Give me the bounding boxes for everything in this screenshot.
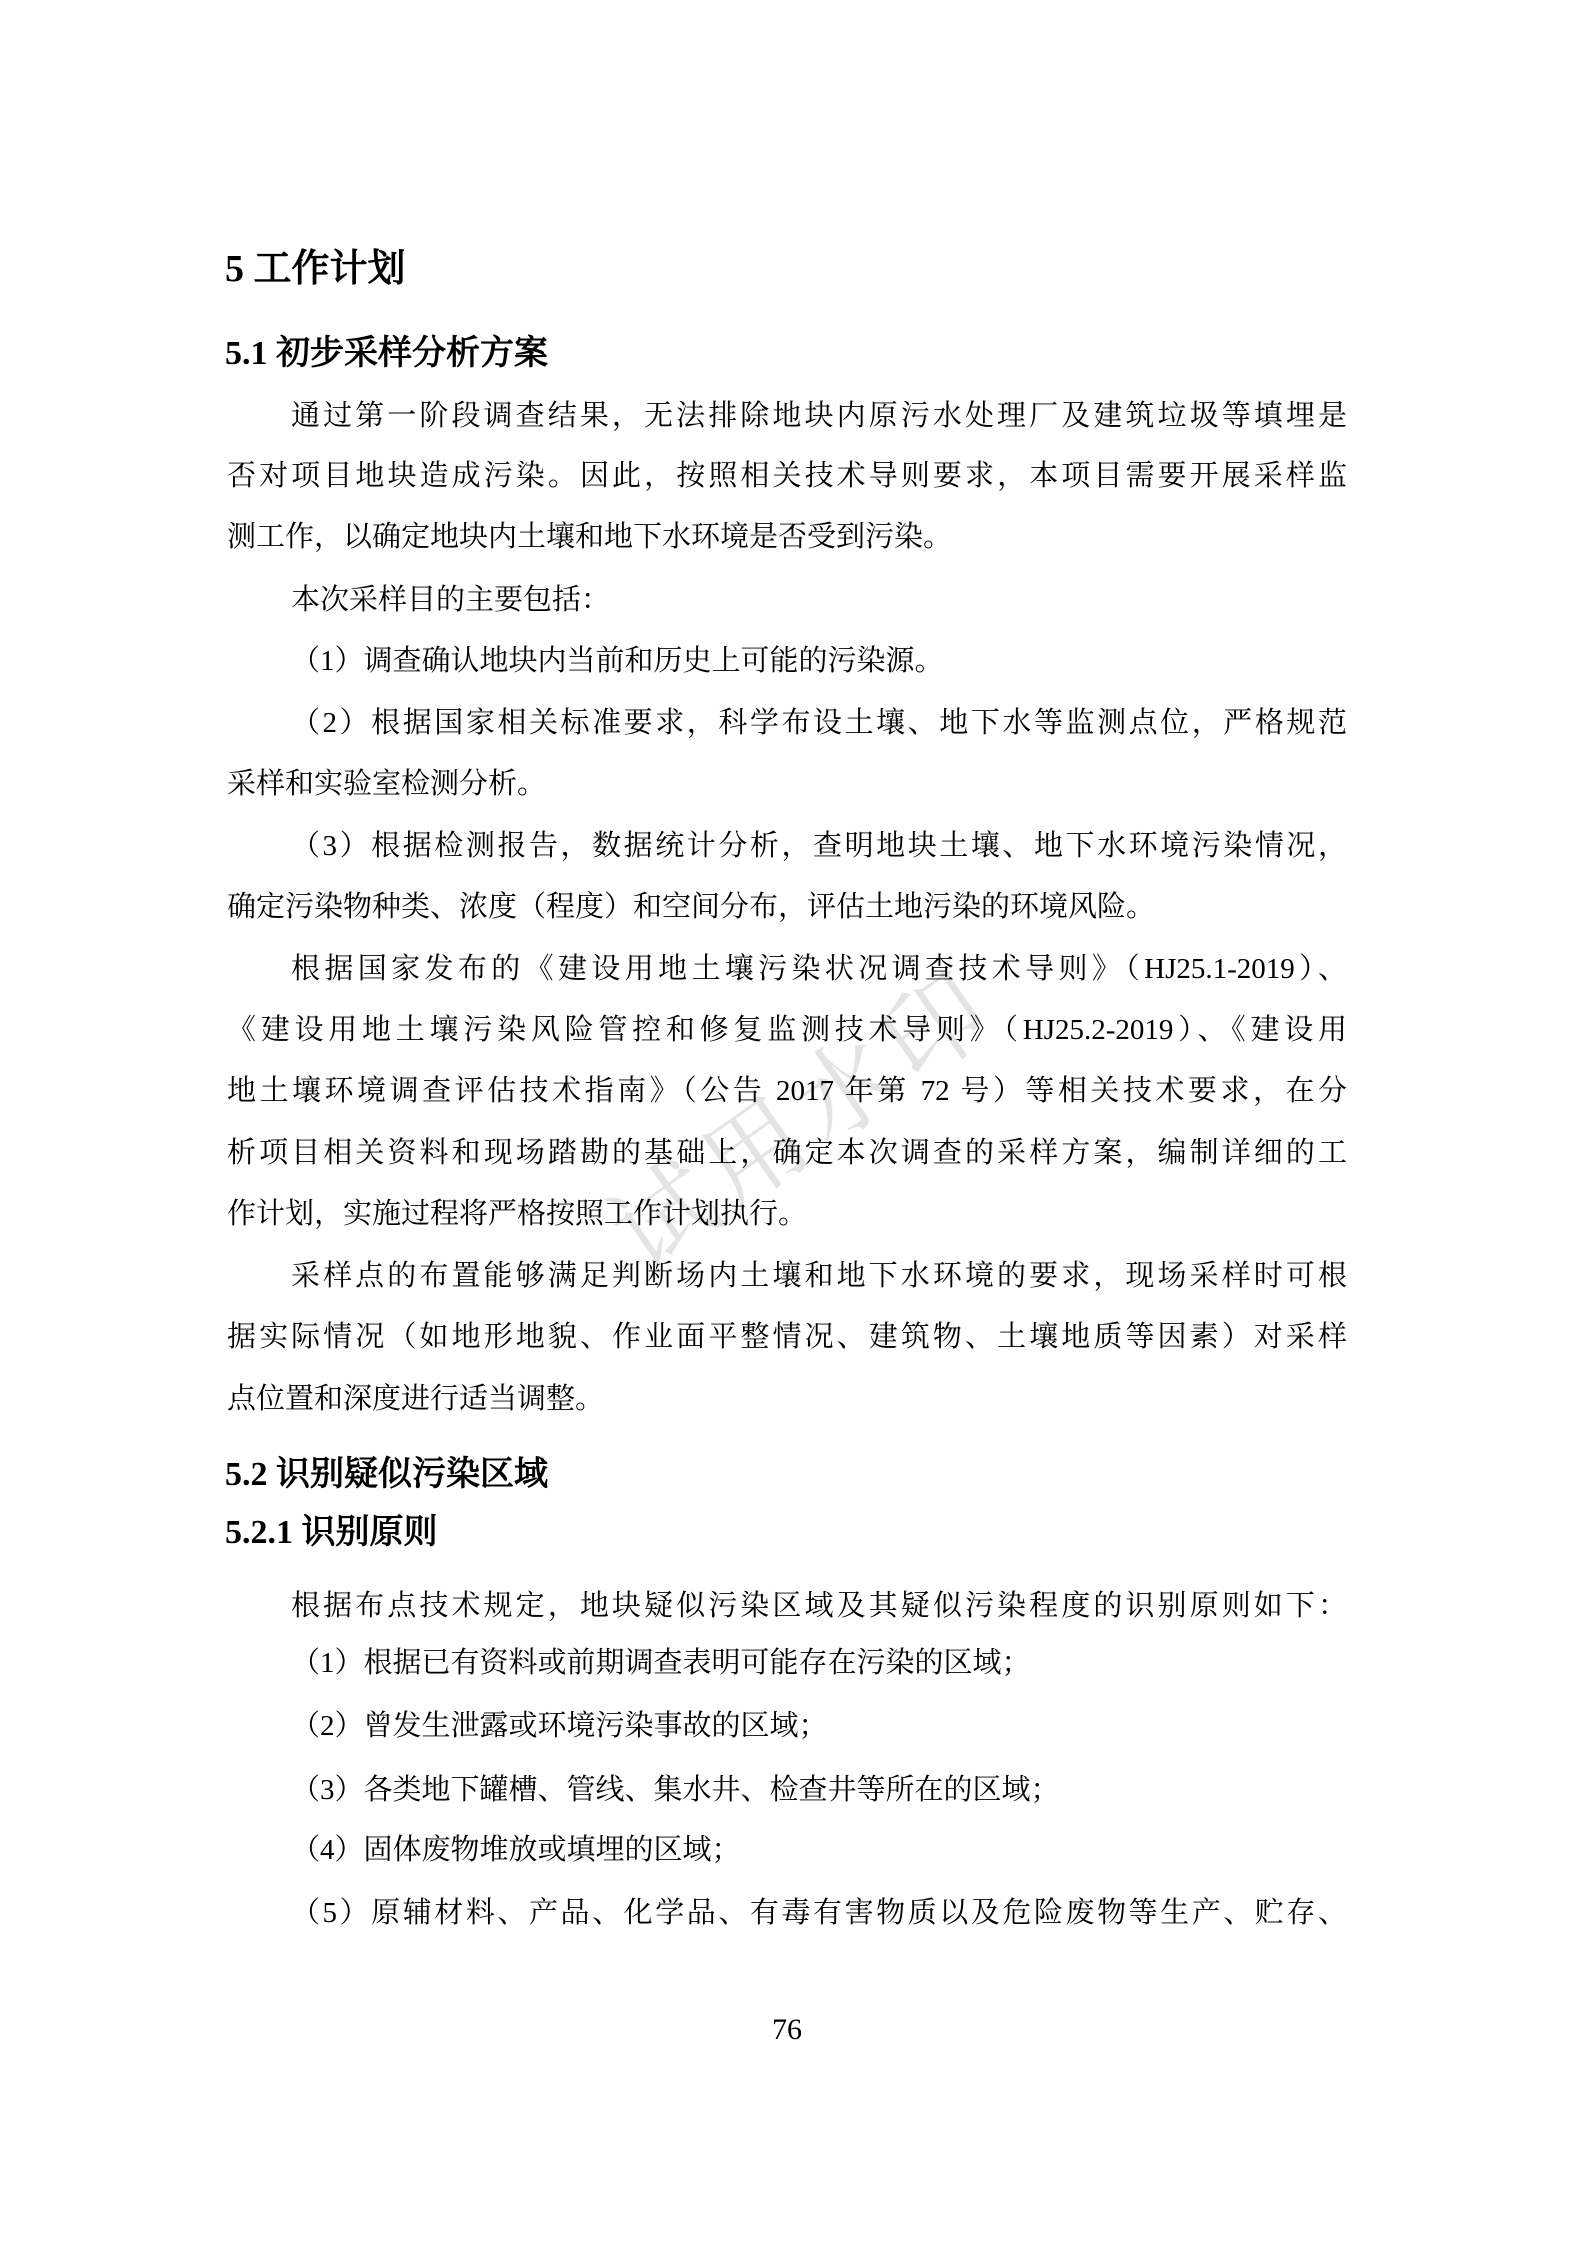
list-item-line: （1）调查确认地块内当前和历史上可能的污染源。: [227, 641, 1347, 681]
list-item-line: （2）曾发生泄露或环境污染事故的区域；: [227, 1706, 1347, 1746]
paragraph-line: 点位置和深度进行适当调整。: [227, 1379, 1347, 1419]
list-item-line: （3）根据检测报告，数据统计分析，查明地块土壤、地下水环境污染情况，: [227, 826, 1347, 866]
paragraph-line: 采样和实验室检测分析。: [227, 764, 1347, 804]
page-number: 76: [227, 2012, 1347, 2048]
paragraph-line: 根据布点技术规定，地块疑似污染区域及其疑似污染程度的识别原则如下：: [227, 1586, 1347, 1626]
list-item-line: （1）根据已有资料或前期调查表明可能存在污染的区域；: [227, 1643, 1347, 1683]
section-heading-5-2: 5.2 识别疑似污染区域: [225, 1454, 1347, 1496]
paragraph-line: 否对项目地块造成污染。因此，按照相关技术导则要求，本项目需要开展采样监: [227, 456, 1347, 496]
list-item-line: （5）原辅材料、产品、化学品、有毒有害物质以及危险废物等生产、贮存、: [227, 1893, 1347, 1933]
list-item-line: （3）各类地下罐槽、管线、集水井、检查井等所在的区域；: [227, 1770, 1347, 1810]
section-heading-5-1: 5.1 初步采样分析方案: [225, 333, 1347, 375]
chapter-heading: 5 工作计划: [225, 246, 1347, 292]
section-heading-5-2-1: 5.2.1 识别原则: [225, 1512, 1347, 1554]
list-item-line: （4）固体废物堆放或填埋的区域；: [227, 1830, 1347, 1870]
paragraph-line: 测工作，以确定地块内土壤和地下水环境是否受到污染。: [227, 517, 1347, 557]
document-page: 试用水印 5 工作计划 5.1 初步采样分析方案 通过第一阶段调查结果，无法排除…: [0, 0, 1587, 2245]
paragraph-line: 析项目相关资料和现场踏勘的基础上，确定本次调查的采样方案，编制详细的工: [227, 1133, 1347, 1173]
paragraph-line: 作计划，实施过程将严格按照工作计划执行。: [227, 1194, 1347, 1234]
paragraph-line: 据实际情况（如地形地貌、作业面平整情况、建筑物、土壤地质等因素）对采样: [227, 1317, 1347, 1357]
paragraph-line: 地土壤环境调查评估技术指南》（公告 2017 年第 72 号）等相关技术要求，在…: [227, 1071, 1347, 1111]
paragraph-line: 确定污染物种类、浓度（程度）和空间分布，评估土地污染的环境风险。: [227, 887, 1347, 927]
paragraph-line: 根据国家发布的《建设用地土壤污染状况调查技术导则》（HJ25.1-2019）、: [227, 949, 1347, 989]
list-item-line: （2）根据国家相关标准要求，科学布设土壤、地下水等监测点位，严格规范: [227, 703, 1347, 743]
paragraph-line: 采样点的布置能够满足判断场内土壤和地下水环境的要求，现场采样时可根: [227, 1256, 1347, 1296]
paragraph-line: 《建设用地土壤污染风险管控和修复监测技术导则》（HJ25.2-2019）、《建设…: [227, 1010, 1347, 1050]
paragraph-line: 本次采样目的主要包括：: [227, 580, 1347, 620]
paragraph-line: 通过第一阶段调查结果，无法排除地块内原污水处理厂及建筑垃圾等填埋是: [227, 396, 1347, 436]
